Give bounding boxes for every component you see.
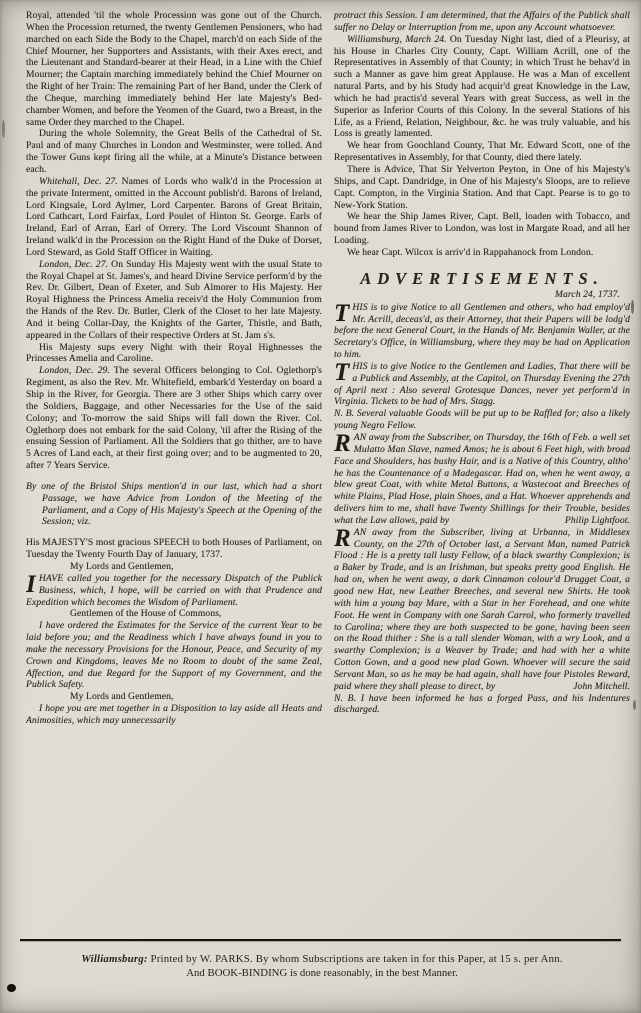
paragraph: There is Advice, That Sir Yelverton Peyt…: [334, 164, 630, 211]
paragraph: My Lords and Gentlemen,: [26, 561, 322, 573]
left-column: Royal, attended 'til the whole Processio…: [26, 10, 322, 932]
scan-speck: [631, 300, 634, 314]
drop-cap: R: [334, 527, 354, 549]
dateline: London, Dec. 29.: [39, 365, 110, 376]
dateline: Whitehall, Dec. 27.: [39, 176, 118, 187]
imprint-line1: Williamsburg: Printed by W. PARKS. By wh…: [22, 952, 622, 966]
signature: Philip Lightfoot.: [559, 515, 630, 527]
paragraph: RAN away from the Subscriber, on Thursda…: [334, 432, 630, 527]
drop-cap: T: [334, 361, 352, 383]
paragraph: We hear Capt. Wilcox is arriv'd in Rappa…: [334, 247, 630, 259]
printer-imprint: Williamsburg: Printed by W. PARKS. By wh…: [22, 952, 622, 980]
dateline: London, Dec. 27.: [39, 259, 108, 270]
drop-cap: R: [334, 432, 354, 454]
paragraph: His MAJESTY'S most gracious SPEECH to bo…: [26, 537, 322, 561]
paragraph: By one of the Bristol Ships mention'd in…: [26, 481, 322, 528]
scan-smudge: [7, 984, 16, 992]
paragraph: protract this Session. I am determined, …: [334, 10, 630, 34]
signature: John Mitchell.: [567, 681, 630, 693]
paragraph: We hear the Ship James River, Capt. Bell…: [334, 211, 630, 247]
imprint-place: Williamsburg:: [81, 953, 147, 965]
scan-speck: [2, 120, 5, 138]
right-column: protract this Session. I am determined, …: [334, 10, 630, 932]
paragraph: I have ordered the Estimates for the Ser…: [26, 620, 322, 691]
paragraph: THIS is to give Notice to all Gentlemen …: [334, 302, 630, 361]
paragraph: Williamsburg, March 24. On Tuesday Night…: [334, 34, 630, 141]
newspaper-page: Royal, attended 'til the whole Processio…: [0, 0, 641, 1013]
drop-cap: I: [26, 573, 39, 595]
paragraph: N. B. I have been informed he has a forg…: [334, 693, 630, 717]
paragraph: My Lords and Gentlemen,: [26, 691, 322, 703]
paragraph: London, Dec. 29. The several Officers be…: [26, 365, 322, 472]
paragraph: N. B. Several valuable Goods will be put…: [334, 408, 630, 432]
dateline: Williamsburg, March 24.: [347, 34, 447, 45]
advertisements-heading: ADVERTISEMENTS.: [334, 269, 630, 289]
paragraph: During the whole Solemnity, the Great Be…: [26, 128, 322, 175]
paragraph: His Majesty sups every Night with their …: [26, 342, 322, 366]
paragraph: London, Dec. 27. On Sunday His Majesty w…: [26, 259, 322, 342]
paragraph: I HAVE called you together for the neces…: [26, 573, 322, 609]
paragraph: Gentlemen of the House of Commons,: [26, 608, 322, 620]
footer-rule: [20, 939, 621, 941]
paragraph: I hope you are met together in a Disposi…: [26, 703, 322, 727]
paragraph: Royal, attended 'til the whole Processio…: [26, 10, 322, 128]
paragraph: THIS is to give Notice to the Gentlemen …: [334, 361, 630, 408]
advertisements-date: March 24, 1737.: [334, 289, 630, 301]
text-columns: Royal, attended 'til the whole Processio…: [26, 10, 630, 932]
imprint-line2: And BOOK-BINDING is done reasonably, in …: [22, 966, 622, 980]
paragraph: RAN away from the Subscriber, living at …: [334, 527, 630, 693]
scan-speck: [633, 700, 636, 710]
imprint-text: Printed by W. PARKS. By whom Subscriptio…: [148, 953, 563, 965]
paragraph: Whitehall, Dec. 27. Names of Lords who w…: [26, 176, 322, 259]
paragraph: We hear from Goochland County, That Mr. …: [334, 140, 630, 164]
drop-cap: T: [334, 302, 352, 324]
